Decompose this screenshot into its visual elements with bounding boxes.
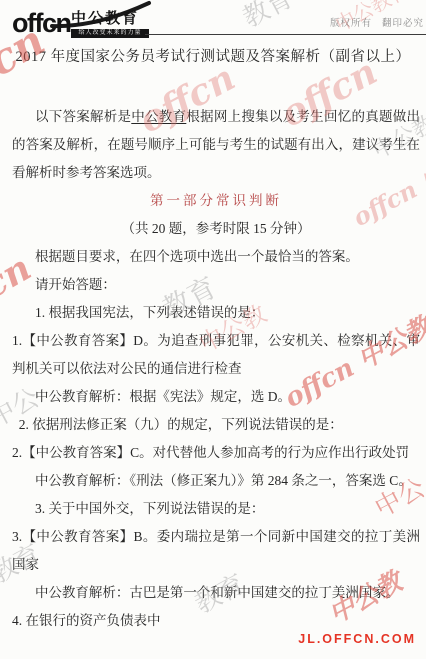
answer-2: 2.【中公教育答案】C。对代替他人参加高考的行为应作出行政处罚 bbox=[12, 439, 420, 467]
logo-brand-text: 中公教育 bbox=[71, 10, 139, 27]
copyright-left: 版权所有 bbox=[330, 18, 372, 29]
answer-3: 3.【中公教育答案】B。委内瑞拉是第一个同新中国建交的拉丁美洲国家 bbox=[12, 523, 420, 579]
site-url: JL.OFFCN.COM bbox=[298, 632, 416, 646]
paragraph-text: 以下答案解析是 bbox=[35, 109, 131, 124]
page-header: offcn 中公教育 给人改变未来的力量 版权所有翻印必究 bbox=[0, 0, 426, 40]
copyright-right: 翻印必究 bbox=[382, 18, 424, 29]
intro-paragraph: 以下答案解析是中公教育根据网上搜集以及考生回忆的真题做出的答案及解析，在题号顺序… bbox=[12, 103, 420, 187]
prompt: 请开始答题： bbox=[12, 271, 420, 299]
question-2: 2. 依据刑法修正案（九）的规定，下列说法错误的是： bbox=[12, 411, 420, 439]
underlined-brand-text: 中公教育 bbox=[131, 109, 186, 124]
answer-1: 1.【中公教育答案】D。为追查刑事犯罪，公安机关、检察机关、审判机关可以依法对公… bbox=[12, 327, 420, 383]
section-meta: （共 20 题，参考时限 15 分钟） bbox=[12, 215, 420, 243]
logo-brand-block: 中公教育 给人改变未来的力量 bbox=[71, 7, 149, 38]
header-rule bbox=[145, 34, 426, 35]
section-heading: 第一部分常识判断 bbox=[12, 187, 420, 215]
logo-offcn-text: offcn bbox=[12, 8, 70, 39]
instruction: 根据题目要求，在四个选项中选出一个最恰当的答案。 bbox=[12, 243, 420, 271]
question-4: 4. 在银行的资产负债表中 bbox=[12, 607, 420, 635]
doc-title: 2017 年度国家公务员考试行测试题及答案解析（副省以上） bbox=[10, 43, 416, 71]
question-1: 1. 根据我国宪法，下列表述错误的是： bbox=[12, 299, 420, 327]
analysis-2: 中公教育解析：《刑法（修正案九）》第 284 条之一，答案选 C。 bbox=[12, 467, 420, 495]
question-3: 3. 关于中国外交，下列说法错误的是： bbox=[12, 495, 420, 523]
offcn-logo: offcn 中公教育 给人改变未来的力量 bbox=[12, 5, 152, 39]
document-page: offcn 中公教育 给人改变未来的力量 版权所有翻印必究 2017 年度国家公… bbox=[0, 0, 426, 659]
analysis-3: 中公教育解析：古巴是第一个和新中国建交的拉丁美洲国家。 bbox=[12, 579, 420, 607]
logo-tagline: 给人改变未来的力量 bbox=[71, 29, 149, 38]
doc-body: 以下答案解析是中公教育根据网上搜集以及考生回忆的真题做出的答案及解析，在题号顺序… bbox=[12, 103, 420, 635]
analysis-1: 中公教育解析：根据《宪法》规定，选 D。 bbox=[12, 383, 420, 411]
copyright-notice: 版权所有翻印必究 bbox=[330, 15, 424, 29]
